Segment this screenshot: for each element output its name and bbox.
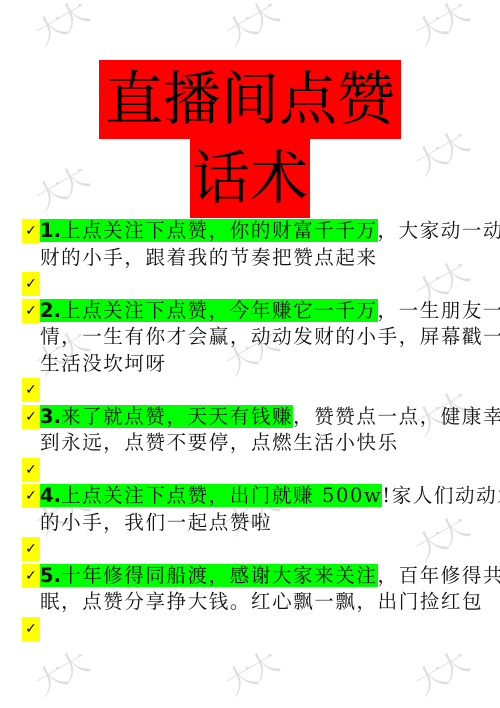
list-item-continuation: 的小手，我们一起点赞啦 — [22, 511, 482, 538]
check-icon: ✓ — [22, 219, 40, 243]
empty-check-row: ✓ — [22, 458, 482, 485]
list-item: ✓ 1.上点关注下点赞，你的财富千千万，大家动一动发 — [22, 219, 482, 246]
list-item-continuation: 到永远，点赞不要停，点燃生活小快乐 — [22, 431, 482, 458]
empty-check-row: ✓ — [22, 537, 482, 564]
watermark: 大大 — [31, 164, 91, 216]
check-icon: ✓ — [22, 484, 40, 508]
watermark: 大大 — [31, 0, 91, 51]
empty-check-row: ✓ — [22, 617, 482, 644]
highlighted-phrase: 3.来了就点赞，天天有钱赚 — [40, 405, 293, 428]
highlighted-phrase: 4.上点关注下点赞，出门就赚 500w — [40, 484, 382, 507]
list-item: ✓ 2.上点关注下点赞，今年赚它一千万，一生朋友一生 — [22, 299, 482, 326]
list-item-continuation: 生活没坎坷呀 — [22, 352, 482, 379]
watermark: 大大 — [31, 649, 91, 701]
check-icon: ✓ — [22, 564, 40, 588]
title-line-2: 话术 — [190, 139, 310, 218]
highlighted-phrase: 1.上点关注下点赞，你的财富千千万 — [40, 219, 378, 242]
list-item-continuation: 情，一生有你才会赢，动动发财的小手，屏幕戳一戳 — [22, 325, 482, 352]
list-item: ✓ 3.来了就点赞，天天有钱赚，赞赞点一点，健康幸福 — [22, 405, 482, 432]
check-icon: ✓ — [22, 405, 40, 429]
script-list: ✓ 1.上点关注下点赞，你的财富千千万，大家动一动发 财的小手，跟着我的节奏把赞… — [22, 219, 482, 643]
highlighted-phrase: 2.上点关注下点赞，今年赚它一千万 — [40, 299, 378, 322]
watermark: 大大 — [221, 0, 281, 51]
watermark: 大大 — [411, 649, 471, 701]
highlighted-phrase: 5.十年修得同船渡，感谢大家来关注 — [40, 564, 378, 587]
list-item-continuation: 眠，点赞分享挣大钱。红心飘一飘，出门捡红包 — [22, 590, 482, 617]
list-item-continuation: 财的小手，跟着我的节奏把赞点起来 — [22, 246, 482, 273]
title-line-1: 直播间点赞 — [99, 60, 401, 139]
watermark: 大大 — [411, 0, 471, 51]
empty-check-row: ✓ — [22, 378, 482, 405]
check-icon: ✓ — [22, 537, 40, 561]
list-item: ✓ 5.十年修得同船渡，感谢大家来关注，百年修得共枕 — [22, 564, 482, 591]
check-icon: ✓ — [22, 272, 40, 296]
check-icon: ✓ — [22, 299, 40, 323]
list-item: ✓ 4.上点关注下点赞，出门就赚 500w!家人们动动发财 — [22, 484, 482, 511]
empty-check-row: ✓ — [22, 272, 482, 299]
watermark: 大大 — [411, 129, 471, 181]
check-icon: ✓ — [22, 617, 40, 641]
check-icon: ✓ — [22, 378, 40, 402]
watermark: 大大 — [221, 649, 281, 701]
check-icon: ✓ — [22, 458, 40, 482]
